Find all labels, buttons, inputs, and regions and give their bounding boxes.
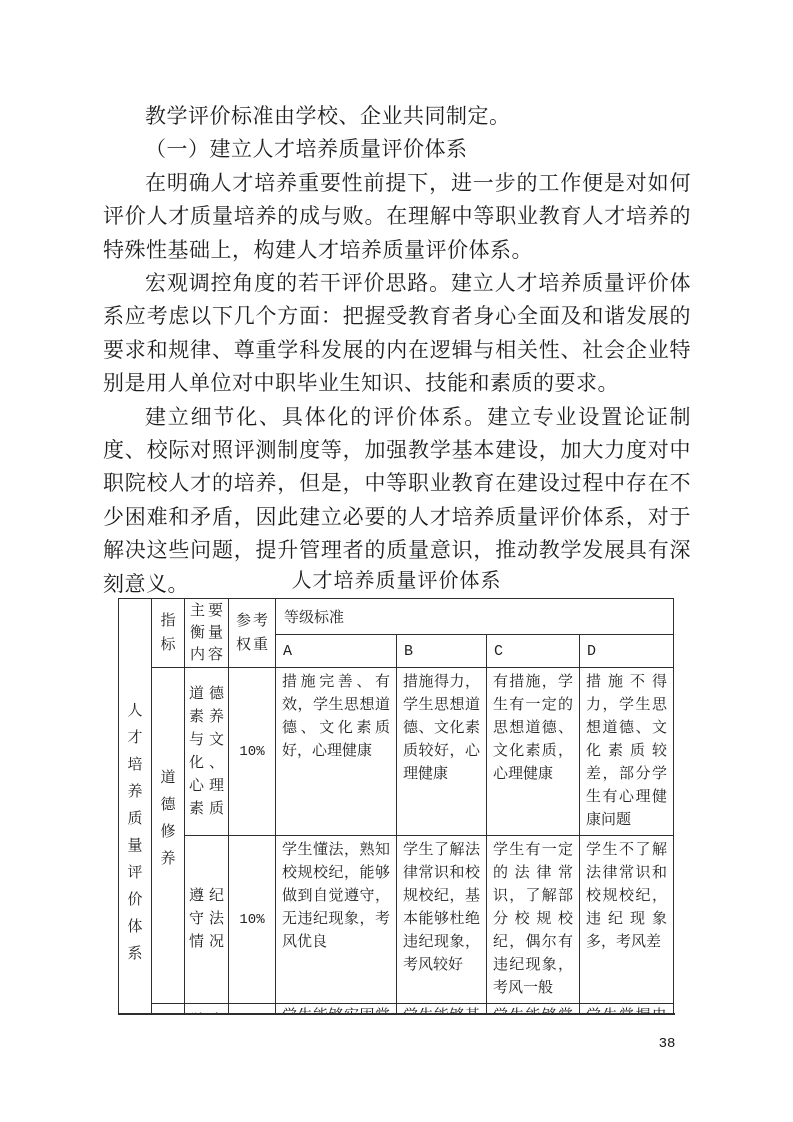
body-text: 教学评价标准由学校、企业共同制定。 （一）建立人才培养质量评价体系 在明确人才培…: [103, 100, 691, 601]
weight-cell: 10%: [229, 1004, 276, 1016]
table-side-title: 人才培养质量评价体系: [119, 599, 152, 1016]
grade-a-cell: 学生能够牢固掌握电子商务专业知识，通: [276, 1004, 397, 1016]
table-row-moral-quality: 道德修养 道德素养与文化、心理素质 10% 措施完善、有效，学生思想道德、文化素…: [119, 668, 674, 836]
grade-b-cell: 措施得力，学生思想道德、文化素质较好，心理健康: [397, 668, 487, 836]
table-header-row-1: 人才培养质量评价体系 指标 主要衡量内容 参考权重 等级标准: [119, 599, 674, 635]
col-header-indicator: 指标: [152, 599, 185, 668]
table-row-professional-basics: 专业基 学生基本理论 10% 学生能够牢固掌握电子商务专业知识，通 学生能够基本…: [119, 1004, 674, 1016]
grade-a-cell: 措施完善、有效，学生思想道德、文化素质好，心理健康: [276, 668, 397, 836]
col-header-measure-content: 主要衡量内容: [185, 599, 229, 668]
section-heading: （一）建立人才培养质量评价体系: [103, 133, 691, 166]
weight-cell: 10%: [229, 836, 276, 1004]
grade-c-cell: 学生能够掌握部分电子商务专业知: [487, 1004, 580, 1016]
grade-b-cell: 学生能够基本掌握电子商务专业知: [397, 1004, 487, 1016]
table-caption: 人才培养质量评价体系: [0, 566, 793, 596]
measure-cell: 遵纪守法情况: [185, 836, 229, 1004]
grade-a-cell: 学生懂法，熟知校规校纪，能够做到自觉遵守，无违纪现象，考风优良: [276, 836, 397, 1004]
grade-level-c: C: [487, 635, 580, 668]
page-number: 38: [652, 1036, 682, 1052]
col-header-reference-weight: 参考权重: [229, 599, 276, 668]
document-page: 教学评价标准由学校、企业共同制定。 （一）建立人才培养质量评价体系 在明确人才培…: [0, 0, 793, 1122]
measure-cell: 道德素养与文化、心理素质: [185, 668, 229, 836]
paragraph: 在明确人才培养重要性前提下，进一步的工作便是对如何评价人才质量培养的成与败。在理…: [103, 167, 691, 267]
grade-level-b: B: [397, 635, 487, 668]
evaluation-table-container: 人才培养质量评价体系 指标 主要衡量内容 参考权重 等级标准 A B C D 道…: [118, 598, 675, 1015]
grade-level-a: A: [276, 635, 397, 668]
grade-d-cell: 措施不得力，学生思想道德、文化素质较差，部分学生有心理健康问题: [580, 668, 674, 836]
grade-d-cell: 学生掌握电子商务专业知识少，专业: [580, 1004, 674, 1016]
paragraph: 教学评价标准由学校、企业共同制定。: [103, 100, 691, 133]
grade-level-d: D: [580, 635, 674, 668]
indicator-professional-basics: 专业基: [152, 1004, 185, 1016]
indicator-moral-cultivation: 道德修养: [152, 668, 185, 1004]
paragraph: 宏观调控角度的若干评价思路。建立人才培养质量评价体系应考虑以下几个方面：把握受教…: [103, 267, 691, 401]
col-header-grade-standard: 等级标准: [276, 599, 674, 635]
table-row-discipline: 遵纪守法情况 10% 学生懂法，熟知校规校纪，能够做到自觉遵守，无违纪现象，考风…: [119, 836, 674, 1004]
weight-cell: 10%: [229, 668, 276, 836]
evaluation-table: 人才培养质量评价体系 指标 主要衡量内容 参考权重 等级标准 A B C D 道…: [118, 598, 674, 1015]
measure-cell: 学生基本理论: [185, 1004, 229, 1016]
grade-d-cell: 学生不了解法律常识和校规校纪，违纪现象多，考风差: [580, 836, 674, 1004]
grade-c-cell: 学生有一定的法律常识，了解部分校规校纪，偶尔有违纪现象，考风一般: [487, 836, 580, 1004]
grade-c-cell: 有措施，学生有一定的思想道德、文化素质，心理健康: [487, 668, 580, 836]
grade-b-cell: 学生了解法律常识和校规校纪，基本能够杜绝违纪现象，考风较好: [397, 836, 487, 1004]
